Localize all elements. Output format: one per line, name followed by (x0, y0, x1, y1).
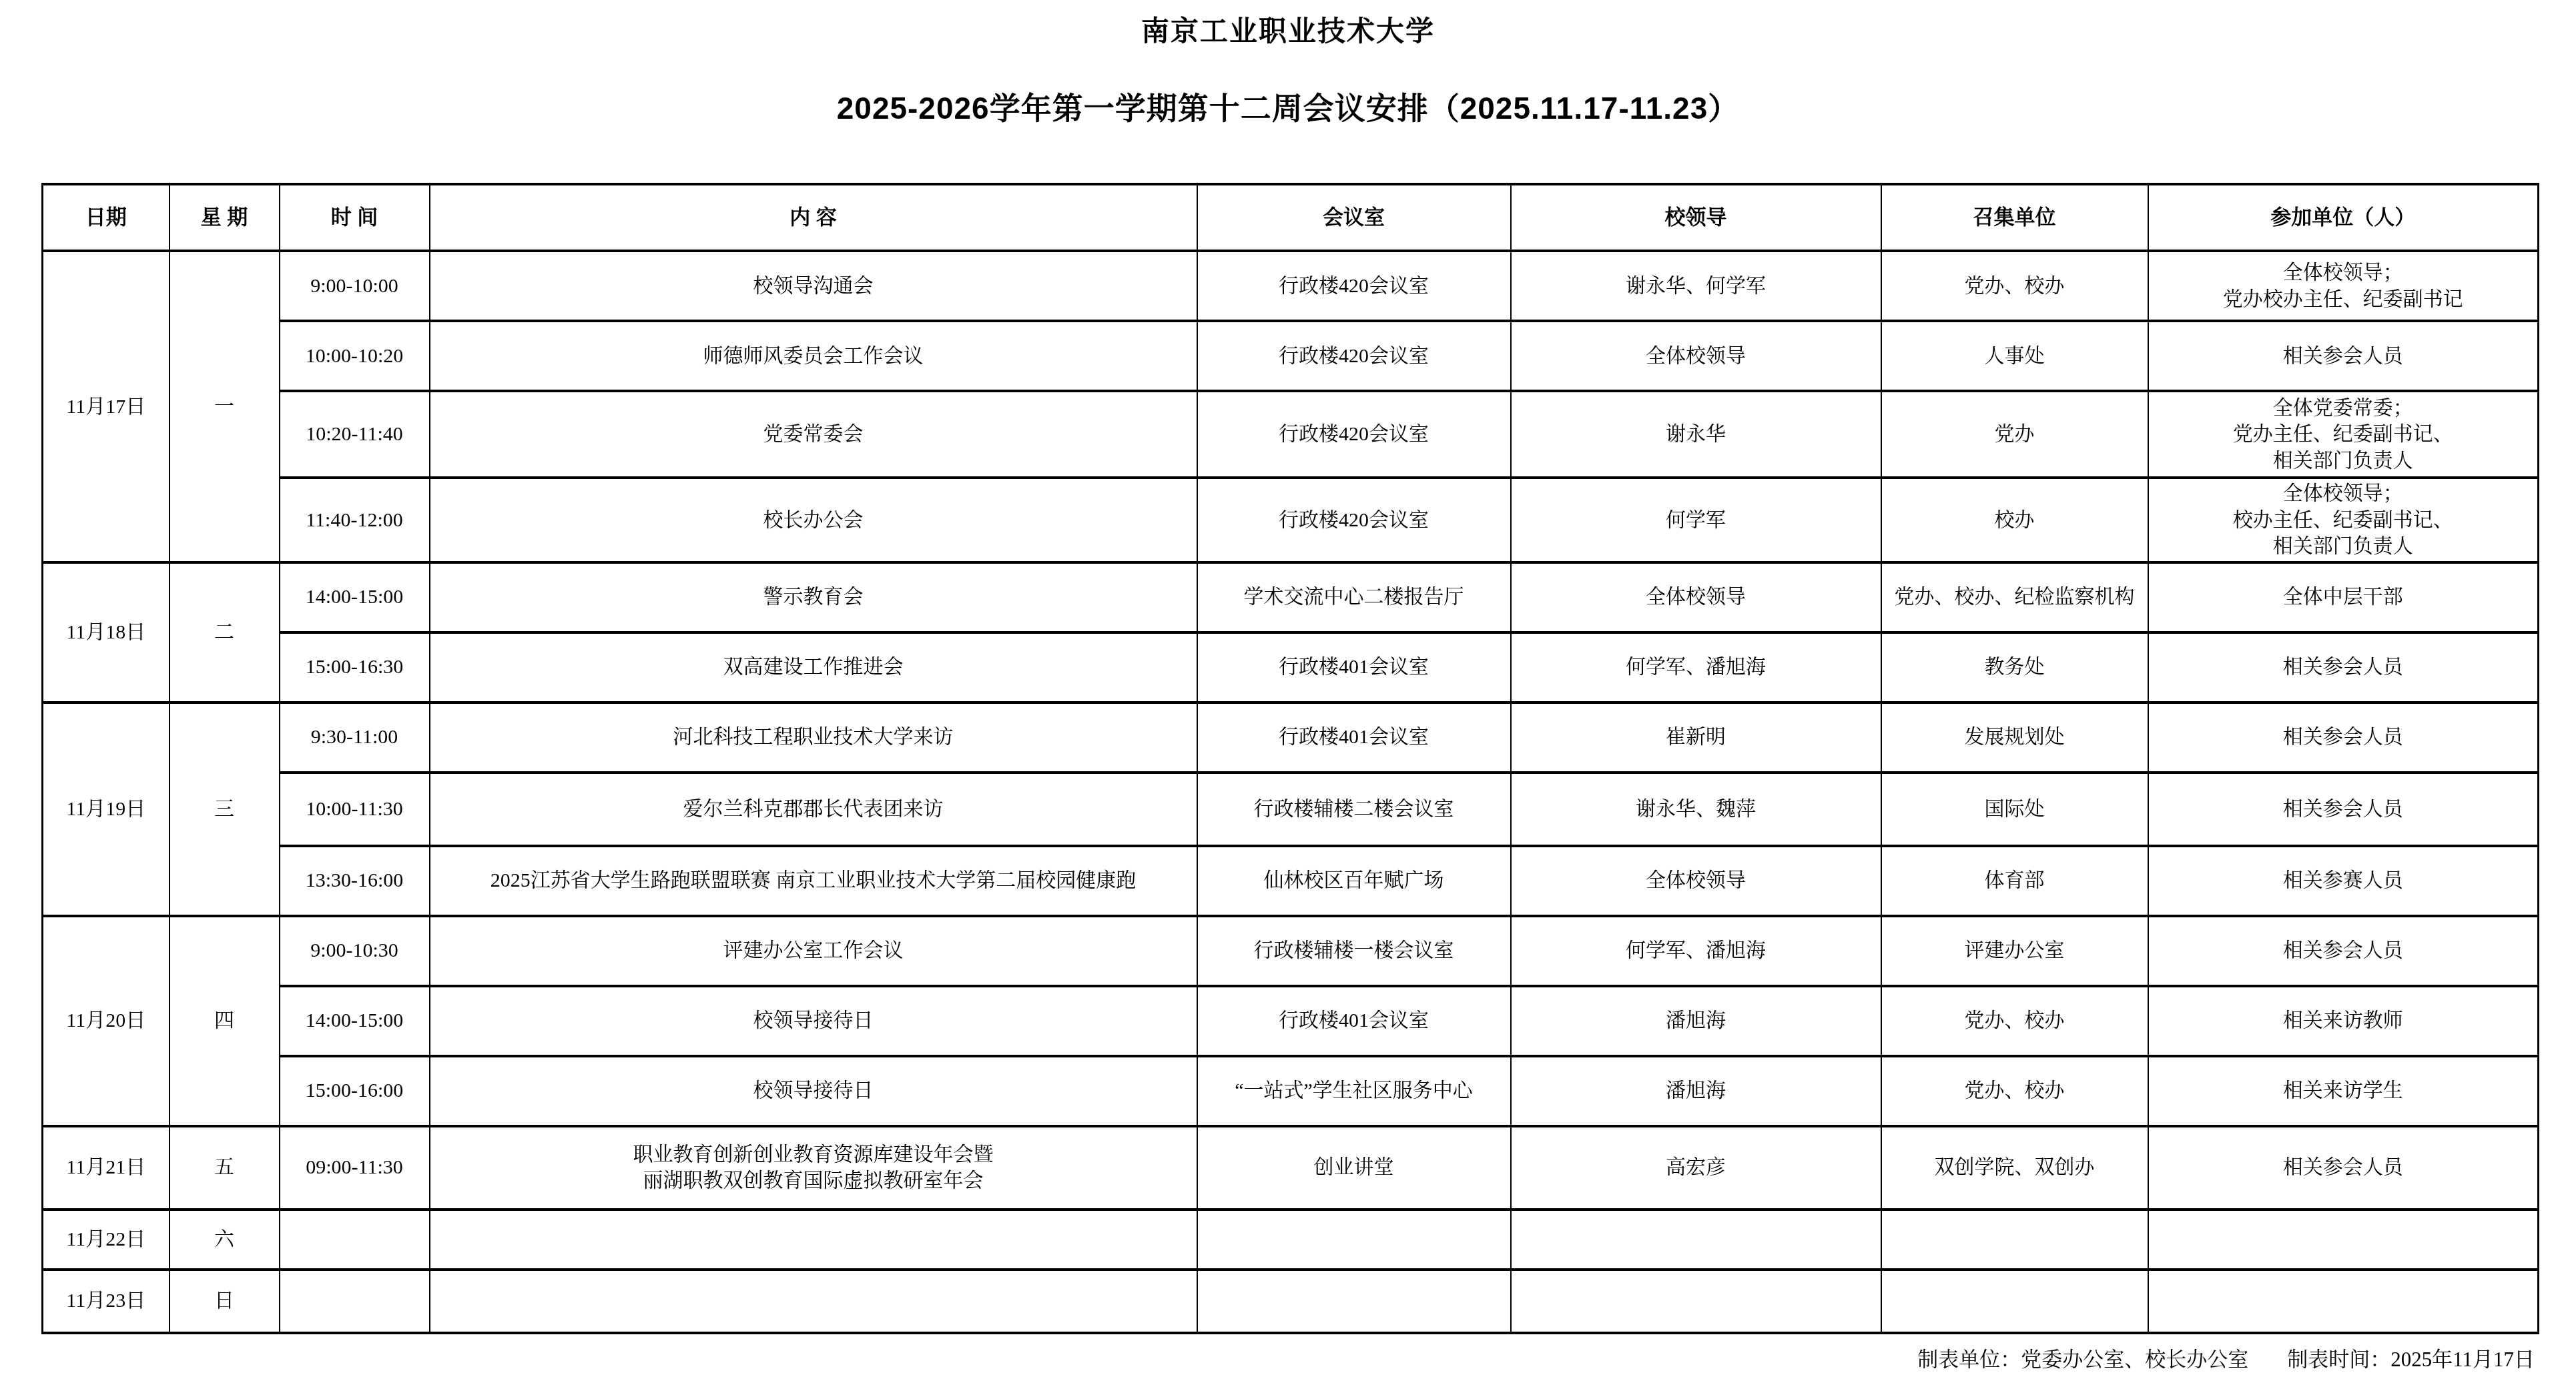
time-cell: 15:00-16:00 (280, 1056, 430, 1126)
table-row: 11月23日日 (43, 1270, 2539, 1333)
convener-cell (1881, 1270, 2148, 1333)
convener-cell: 国际处 (1881, 773, 2148, 846)
column-header-weekday: 星 期 (170, 184, 280, 251)
date-cell: 11月17日 (43, 251, 170, 562)
weekday-cell: 日 (170, 1270, 280, 1333)
column-header-room: 会议室 (1197, 184, 1511, 251)
leaders-cell: 何学军 (1511, 478, 1881, 562)
column-header-convener: 召集单位 (1881, 184, 2148, 251)
table-row: 11月18日二14:00-15:00警示教育会学术交流中心二楼报告厅全体校领导党… (43, 562, 2539, 632)
content-cell (430, 1210, 1197, 1270)
content-cell: 警示教育会 (430, 562, 1197, 632)
date-cell: 11月18日 (43, 562, 170, 703)
content-cell (430, 1270, 1197, 1333)
content-cell: 双高建设工作推进会 (430, 632, 1197, 703)
convener-cell: 体育部 (1881, 846, 2148, 916)
time-cell: 14:00-15:00 (280, 986, 430, 1056)
date-cell: 11月19日 (43, 703, 170, 916)
content-cell: 党委常委会 (430, 391, 1197, 478)
participants-cell: 相关参会人员 (2148, 916, 2539, 986)
room-cell: 行政楼401会议室 (1197, 703, 1511, 773)
time-cell: 10:20-11:40 (280, 391, 430, 478)
convener-cell: 党办、校办 (1881, 1056, 2148, 1126)
time-cell: 9:00-10:30 (280, 916, 430, 986)
content-cell: 校领导沟通会 (430, 251, 1197, 321)
content-cell: 2025江苏省大学生路跑联盟联赛 南京工业职业技术大学第二届校园健康跑 (430, 846, 1197, 916)
participants-cell: 相关参会人员 (2148, 632, 2539, 703)
convener-cell: 党办、校办、纪检监察机构 (1881, 562, 2148, 632)
room-cell: 学术交流中心二楼报告厅 (1197, 562, 1511, 632)
weekday-cell: 一 (170, 251, 280, 562)
convener-cell: 党办 (1881, 391, 2148, 478)
leaders-cell: 全体校领导 (1511, 321, 1881, 391)
footer-maker-unit: 制表单位：党委办公室、校长办公室 (1917, 1342, 2248, 1372)
room-cell: 行政楼420会议室 (1197, 321, 1511, 391)
time-cell: 9:00-10:00 (280, 251, 430, 321)
table-row: 13:30-16:002025江苏省大学生路跑联盟联赛 南京工业职业技术大学第二… (43, 846, 2539, 916)
table-row: 11月17日一9:00-10:00校领导沟通会行政楼420会议室谢永华、何学军党… (43, 251, 2539, 321)
leaders-cell: 全体校领导 (1511, 562, 1881, 632)
room-cell: 行政楼420会议室 (1197, 478, 1511, 562)
participants-cell: 相关参会人员 (2148, 1126, 2539, 1210)
time-cell: 9:30-11:00 (280, 703, 430, 773)
leaders-cell (1511, 1210, 1881, 1270)
leaders-cell: 全体校领导 (1511, 846, 1881, 916)
leaders-cell: 谢永华 (1511, 391, 1881, 478)
participants-cell: 全体校领导； 党办校办主任、纪委副书记 (2148, 251, 2539, 321)
column-header-participants: 参加单位（人） (2148, 184, 2539, 251)
table-row: 11月20日四9:00-10:30评建办公室工作会议行政楼辅楼一楼会议室何学军、… (43, 916, 2539, 986)
table-row: 11月19日三9:30-11:00河北科技工程职业技术大学来访行政楼401会议室… (43, 703, 2539, 773)
room-cell: 行政楼420会议室 (1197, 251, 1511, 321)
participants-cell: 相关参会人员 (2148, 773, 2539, 846)
weekday-cell: 二 (170, 562, 280, 703)
table-row: 15:00-16:30双高建设工作推进会行政楼401会议室何学军、潘旭海教务处相… (43, 632, 2539, 703)
convener-cell: 双创学院、双创办 (1881, 1126, 2148, 1210)
time-cell: 14:00-15:00 (280, 562, 430, 632)
weekday-cell: 四 (170, 916, 280, 1126)
date-cell: 11月22日 (43, 1210, 170, 1270)
date-cell: 11月23日 (43, 1270, 170, 1333)
leaders-cell (1511, 1270, 1881, 1333)
content-cell: 校领导接待日 (430, 1056, 1197, 1126)
table-row: 14:00-15:00校领导接待日行政楼401会议室潘旭海党办、校办相关来访教师 (43, 986, 2539, 1056)
leaders-cell: 谢永华、魏萍 (1511, 773, 1881, 846)
content-cell: 校长办公会 (430, 478, 1197, 562)
convener-cell: 评建办公室 (1881, 916, 2148, 986)
footer-made-time: 制表时间：2025年11月17日 (2287, 1342, 2535, 1372)
participants-cell: 相关参会人员 (2148, 703, 2539, 773)
content-cell: 职业教育创新创业教育资源库建设年会暨 丽湖职教双创教育国际虚拟教研室年会 (430, 1126, 1197, 1210)
room-cell: 行政楼辅楼二楼会议室 (1197, 773, 1511, 846)
table-row: 15:00-16:00校领导接待日“一站式”学生社区服务中心潘旭海党办、校办相关… (43, 1056, 2539, 1126)
leaders-cell: 潘旭海 (1511, 986, 1881, 1056)
table-footer: 制表单位：党委办公室、校长办公室制表时间：2025年11月17日 (1917, 1342, 2535, 1372)
time-cell (280, 1210, 430, 1270)
participants-cell (2148, 1270, 2539, 1333)
participants-cell: 相关来访学生 (2148, 1056, 2539, 1126)
date-cell: 11月20日 (43, 916, 170, 1126)
table-row: 10:00-10:20师德师风委员会工作会议行政楼420会议室全体校领导人事处相… (43, 321, 2539, 391)
leaders-cell: 崔新明 (1511, 703, 1881, 773)
participants-cell: 全体党委常委； 党办主任、纪委副书记、 相关部门负责人 (2148, 391, 2539, 478)
column-header-date: 日期 (43, 184, 170, 251)
room-cell: 行政楼420会议室 (1197, 391, 1511, 478)
table-row: 10:00-11:30爱尔兰科克郡郡长代表团来访行政楼辅楼二楼会议室谢永华、魏萍… (43, 773, 2539, 846)
content-cell: 师德师风委员会工作会议 (430, 321, 1197, 391)
page-title: 南京工业职业技术大学 (0, 9, 2576, 49)
room-cell: 创业讲堂 (1197, 1126, 1511, 1210)
content-cell: 校领导接待日 (430, 986, 1197, 1056)
participants-cell: 相关参赛人员 (2148, 846, 2539, 916)
table-row: 10:20-11:40党委常委会行政楼420会议室谢永华党办全体党委常委； 党办… (43, 391, 2539, 478)
room-cell: 行政楼辅楼一楼会议室 (1197, 916, 1511, 986)
content-cell: 评建办公室工作会议 (430, 916, 1197, 986)
participants-cell: 全体中层干部 (2148, 562, 2539, 632)
convener-cell: 校办 (1881, 478, 2148, 562)
leaders-cell: 潘旭海 (1511, 1056, 1881, 1126)
convener-cell: 人事处 (1881, 321, 2148, 391)
leaders-cell: 何学军、潘旭海 (1511, 632, 1881, 703)
room-cell: 行政楼401会议室 (1197, 632, 1511, 703)
table-row: 11月21日五09:00-11:30职业教育创新创业教育资源库建设年会暨 丽湖职… (43, 1126, 2539, 1210)
table-header-row: 日期 星 期 时 间 内 容 会议室 校领导 召集单位 参加单位（人） (43, 184, 2539, 251)
column-header-time: 时 间 (280, 184, 430, 251)
leaders-cell: 何学军、潘旭海 (1511, 916, 1881, 986)
time-cell: 13:30-16:00 (280, 846, 430, 916)
room-cell: 行政楼401会议室 (1197, 986, 1511, 1056)
room-cell (1197, 1270, 1511, 1333)
room-cell: 仙林校区百年赋广场 (1197, 846, 1511, 916)
schedule-table-body: 11月17日一9:00-10:00校领导沟通会行政楼420会议室谢永华、何学军党… (43, 251, 2539, 1333)
participants-cell: 相关参会人员 (2148, 321, 2539, 391)
leaders-cell: 高宏彦 (1511, 1126, 1881, 1210)
participants-cell (2148, 1210, 2539, 1270)
convener-cell: 党办、校办 (1881, 986, 2148, 1056)
time-cell: 15:00-16:30 (280, 632, 430, 703)
column-header-leaders: 校领导 (1511, 184, 1881, 251)
convener-cell: 教务处 (1881, 632, 2148, 703)
page-subtitle: 2025-2026学年第一学期第十二周会议安排（2025.11.17-11.23… (0, 84, 2576, 128)
time-cell: 11:40-12:00 (280, 478, 430, 562)
weekday-cell: 六 (170, 1210, 280, 1270)
convener-cell (1881, 1210, 2148, 1270)
leaders-cell: 谢永华、何学军 (1511, 251, 1881, 321)
time-cell (280, 1270, 430, 1333)
room-cell: “一站式”学生社区服务中心 (1197, 1056, 1511, 1126)
participants-cell: 相关来访教师 (2148, 986, 2539, 1056)
weekday-cell: 五 (170, 1126, 280, 1210)
convener-cell: 党办、校办 (1881, 251, 2148, 321)
date-cell: 11月21日 (43, 1126, 170, 1210)
content-cell: 爱尔兰科克郡郡长代表团来访 (430, 773, 1197, 846)
content-cell: 河北科技工程职业技术大学来访 (430, 703, 1197, 773)
room-cell (1197, 1210, 1511, 1270)
meeting-schedule-table: 日期 星 期 时 间 内 容 会议室 校领导 召集单位 参加单位（人） 11月1… (41, 183, 2539, 1334)
time-cell: 10:00-10:20 (280, 321, 430, 391)
column-header-content: 内 容 (430, 184, 1197, 251)
participants-cell: 全体校领导； 校办主任、纪委副书记、 相关部门负责人 (2148, 478, 2539, 562)
time-cell: 09:00-11:30 (280, 1126, 430, 1210)
table-row: 11月22日六 (43, 1210, 2539, 1270)
weekday-cell: 三 (170, 703, 280, 916)
time-cell: 10:00-11:30 (280, 773, 430, 846)
table-row: 11:40-12:00校长办公会行政楼420会议室何学军校办全体校领导； 校办主… (43, 478, 2539, 562)
convener-cell: 发展规划处 (1881, 703, 2148, 773)
